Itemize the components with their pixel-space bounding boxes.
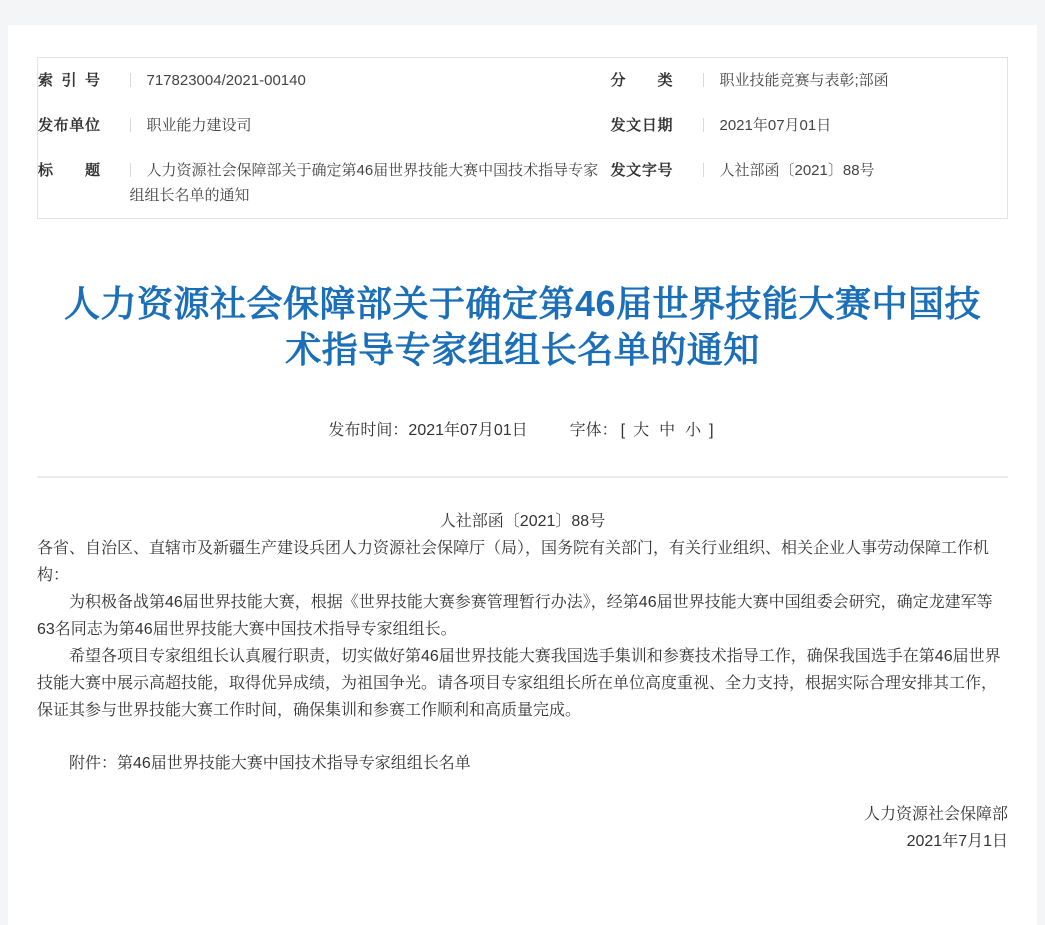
paragraph-body-1: 为积极备战第46届世界技能大赛，根据《世界技能大赛参赛管理暂行办法》，经第46届… — [37, 589, 1008, 643]
font-size-large-button[interactable]: 大 — [633, 422, 649, 439]
meta-value-category: 职业技能竞赛与表彰;部函 — [720, 72, 889, 89]
meta-value-issuing-unit: 职业能力建设司 — [147, 117, 252, 134]
document-body: 人社部函〔2021〕88号 各省、自治区、直辖市及新疆生产建设兵团人力资源社会保… — [37, 508, 1008, 822]
font-size-label: 字体： — [570, 422, 618, 439]
meta-value-title: 人力资源社会保障部关于确定第46届世界技能大赛中国技术指导专家组组长名单的通知 — [130, 162, 599, 204]
page-background: { "page": { "bg_color": "#f4f5f6", "card… — [0, 0, 1045, 822]
meta-label-category: 分类 — [611, 68, 673, 93]
meta-label-issue-date: 发文日期 — [611, 113, 673, 138]
page-title: 人力资源社会保障部关于确定第46届世界技能大赛中国技术指导专家组组长名单的通知 — [58, 281, 988, 373]
publish-time-label: 发布时间： — [328, 422, 408, 439]
font-bracket-close: ] — [709, 422, 713, 439]
label-divider — [130, 73, 131, 87]
meta-label-index-number: 索引号 — [38, 68, 100, 93]
table-row: 索引号 717823004/2021-00140 分类 职业技能竞赛与表彰;部函 — [38, 58, 1008, 104]
label-divider — [703, 118, 704, 132]
font-bracket-open: [ — [621, 422, 625, 439]
table-row: 发布单位 职业能力建设司 发文日期 2021年07月01日 — [38, 103, 1008, 148]
metadata-table: 索引号 717823004/2021-00140 分类 职业技能竞赛与表彰;部函… — [37, 57, 1008, 219]
publish-time-value: 2021年07月01日 — [408, 422, 527, 439]
section-divider — [37, 476, 1008, 478]
attachment-link[interactable]: 附件：第46届世界技能大赛中国技术指导专家组组长名单 — [37, 750, 1008, 777]
label-divider — [703, 163, 704, 177]
signature-name: 人力资源社会保障部 — [37, 801, 1008, 822]
doc-number-line: 人社部函〔2021〕88号 — [37, 508, 1008, 535]
meta-value-issue-date: 2021年07月01日 — [720, 117, 832, 134]
meta-label-doc-number: 发文字号 — [611, 158, 673, 183]
font-size-medium-button[interactable]: 中 — [659, 422, 675, 439]
meta-value-doc-number: 人社部函〔2021〕88号 — [720, 162, 875, 179]
paragraph-body-2: 希望各项目专家组组长认真履行职责，切实做好第46届世界技能大赛我国选手集训和参赛… — [37, 643, 1008, 724]
table-row: 标题 人力资源社会保障部关于确定第46届世界技能大赛中国技术指导专家组组长名单的… — [38, 148, 1008, 219]
label-divider — [703, 73, 704, 87]
publish-info-bar: 发布时间：2021年07月01日字体：[大中小] — [37, 417, 1008, 440]
content-card: 索引号 717823004/2021-00140 分类 职业技能竞赛与表彰;部函… — [8, 25, 1037, 822]
signature-block: 人力资源社会保障部 2021年7月1日 — [37, 801, 1008, 822]
label-divider — [130, 118, 131, 132]
meta-value-index-number: 717823004/2021-00140 — [147, 72, 306, 89]
paragraph-addressees: 各省、自治区、直辖市及新疆生产建设兵团人力资源社会保障厅（局），国务院有关部门，… — [37, 535, 1008, 589]
meta-label-issuing-unit: 发布单位 — [38, 113, 100, 138]
font-size-small-button[interactable]: 小 — [685, 422, 701, 439]
label-divider — [130, 163, 131, 177]
meta-label-title: 标题 — [38, 158, 100, 183]
